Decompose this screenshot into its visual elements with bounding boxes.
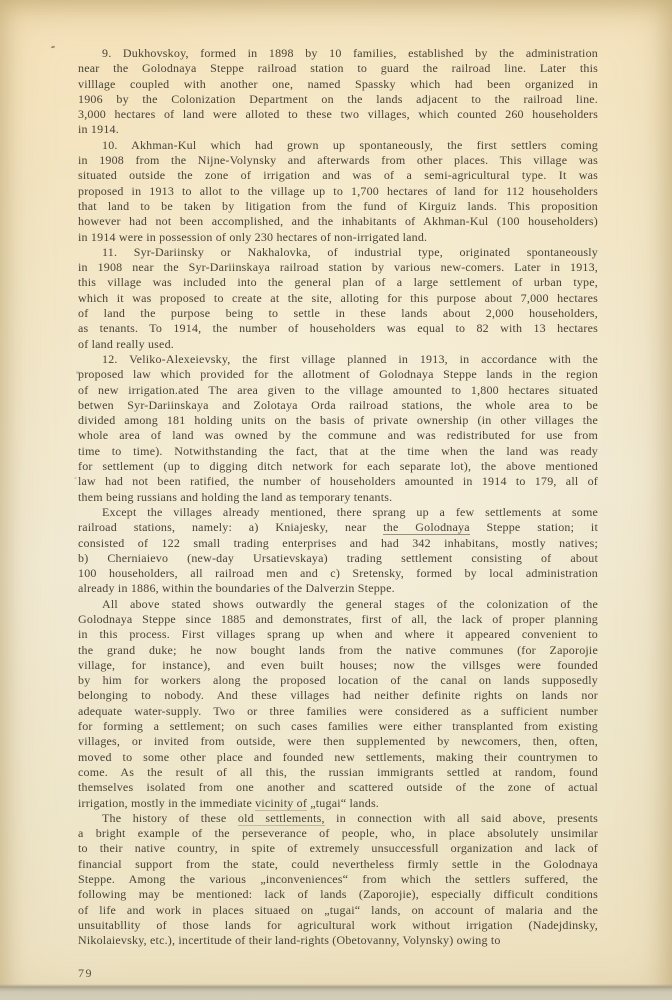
scanned-book-page: 9. Dukhovskoy, formed in 1898 by 10 fami…: [0, 0, 672, 1000]
text-line: situated outside the zone of irrigation …: [78, 168, 598, 183]
text-line: The history of these old settlements, in…: [78, 811, 598, 826]
text-line: irrigation, mostly in the immediate vici…: [78, 796, 598, 811]
text-line: a bright example of the perseverance of …: [78, 826, 598, 841]
text-line: in 1914 were in possession of only 230 h…: [78, 230, 598, 245]
ink-mark: vicinity of: [255, 796, 307, 811]
text-line: time to time). Notwithstanding the fact,…: [78, 444, 598, 459]
text-line: by him for workers along the proposed lo…: [78, 673, 598, 688]
text-line: divided among 181 holding units on the b…: [78, 413, 598, 428]
text-line: them being russians and holding the land…: [78, 490, 598, 505]
text-line: financial support from the state, could …: [78, 857, 598, 872]
text-line: moved to some other place and founded ne…: [78, 750, 598, 765]
text-line: 1906 by the Colonization Department on t…: [78, 92, 598, 107]
text-line: villlage coupled with another one, named…: [78, 77, 598, 92]
text-line: the grand duke; he now bought lands from…: [78, 643, 598, 658]
text-line: that land to be taken by litigation from…: [78, 199, 598, 214]
text-line: in 1914.: [78, 122, 598, 137]
text-line: however had not been accomplished, and t…: [78, 214, 598, 229]
text-line: Except the villages already mentioned, t…: [78, 505, 598, 520]
text-line: for settlement (up to digging ditch netw…: [78, 459, 598, 474]
text-line: All above stated shows outwardly the gen…: [78, 597, 598, 612]
text-line: Golodnaya Steppe since 1885 and demonstr…: [78, 612, 598, 627]
ink-speck: [74, 477, 77, 479]
paragraph: 10. Akhman-Kul which had grown up sponta…: [78, 138, 598, 245]
paragraph: 11. Syr-Dariinsky or Nakhalovka, of indu…: [78, 245, 598, 352]
text-line: Nikolaievsky, etc.), incertitude of thei…: [78, 933, 598, 948]
paragraph: 12. Veliko-Alexeievsky, the first villag…: [78, 352, 598, 505]
text-line: for forming a settlement; on such cases …: [78, 719, 598, 734]
text-line: of new irrigation.ated The area given to…: [78, 383, 598, 398]
text-line: following may be mentioned: lack of land…: [78, 887, 598, 902]
text-line: village, for instance), and even built h…: [78, 658, 598, 673]
text-line: 11. Syr-Dariinsky or Nakhalovka, of indu…: [78, 245, 598, 260]
ink-speck: [51, 46, 55, 49]
text-line: Steppe. Among the various „inconvenience…: [78, 872, 598, 887]
page-number: 79: [78, 966, 93, 981]
text-line: this village was included into the gener…: [78, 275, 598, 290]
text-line: come. As the result of all this, the rus…: [78, 765, 598, 780]
text-line: 9. Dukhovskoy, formed in 1898 by 10 fami…: [78, 46, 598, 61]
ink-mark: the Golodnaya: [383, 520, 470, 535]
page-text: 9. Dukhovskoy, formed in 1898 by 10 fami…: [78, 46, 598, 949]
text-line: themselves isolated from one another and…: [78, 780, 598, 795]
ink-mark: and demonstrates,: [255, 612, 351, 626]
text-line: 12. Veliko-Alexeievsky, the first villag…: [78, 352, 598, 367]
text-line: villages, or invited from outside, were …: [78, 734, 598, 749]
ink-speck: [76, 371, 79, 374]
text-line: b) Cherniaievo (new-day Ursatievskaya) t…: [78, 551, 598, 566]
text-line: of life and work in places situaed on „t…: [78, 903, 598, 918]
text-line: whole area of land was owned by the comm…: [78, 428, 598, 443]
paragraph: The history of these old settlements, in…: [78, 811, 598, 949]
text-line: of land really used.: [78, 337, 598, 352]
text-line: which it was proposed to create at the s…: [78, 291, 598, 306]
paragraph: All above stated shows outwardly the gen…: [78, 597, 598, 811]
page-bottom-edge: [0, 984, 672, 1000]
text-line: in this process. First villages sprang u…: [78, 627, 598, 642]
text-line: as tenants. To 1914, the number of house…: [78, 321, 598, 336]
text-line: proposed in 1913 to allot to the village…: [78, 184, 598, 199]
ink-mark: old settlements,: [238, 811, 325, 826]
text-line: railroad stations, namely: a) Kniajesky,…: [78, 520, 598, 535]
text-line: of land the purpose being to settle in t…: [78, 306, 598, 321]
text-line: in 1908 from the Nijne-Volynsky and afte…: [78, 153, 598, 168]
text-line: betwen Syr-Dariinskaya and Zolotaya Orda…: [78, 398, 598, 413]
paragraph: 9. Dukhovskoy, formed in 1898 by 10 fami…: [78, 46, 598, 138]
text-line: consisted of 122 small trading enterpris…: [78, 536, 598, 551]
text-line: already in 1886, within the boundaries o…: [78, 581, 598, 596]
text-line: 100 householders, all railroad men and c…: [78, 566, 598, 581]
text-line: 3,000 hectares of land were alloted to t…: [78, 107, 598, 122]
text-line: near the Golodnaya Steppe railroad stati…: [78, 61, 598, 76]
text-line: 10. Akhman-Kul which had grown up sponta…: [78, 138, 598, 153]
text-line: proposed law which provided for the allo…: [78, 367, 598, 382]
text-line: law had not been ratified, the number of…: [78, 474, 598, 489]
text-line: unsuitabllity of those lands for agricul…: [78, 918, 598, 933]
text-line: in 1908 near the Syr-Dariinskaya railroa…: [78, 260, 598, 275]
text-line: adequate water-supply. Two or three fami…: [78, 704, 598, 719]
text-line: belonging to nobody. And these villages …: [78, 688, 598, 703]
text-line: to their native country, in spite of ext…: [78, 841, 598, 856]
paragraph: Except the villages already mentioned, t…: [78, 505, 598, 597]
